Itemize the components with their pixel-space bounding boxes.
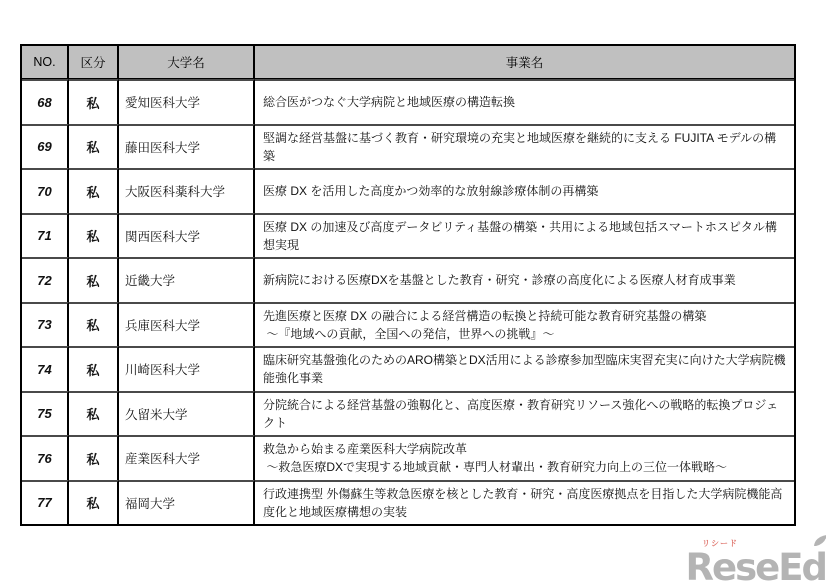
reseed-logo: リシード ReseEd — [665, 536, 826, 582]
header-category: 区分 — [69, 46, 119, 79]
header-project: 事業名 — [255, 46, 794, 79]
cell-no: 72 — [22, 257, 69, 302]
cell-project: 先進医療と医療 DX の融合による経営構造の転換と持続可能な教育研究基盤の構築 … — [255, 302, 794, 347]
cell-category: 私 — [69, 480, 119, 525]
cell-category: 私 — [69, 168, 119, 213]
header-no: NO. — [22, 46, 69, 79]
cell-university: 大阪医科薬科大学 — [119, 168, 255, 213]
leaf-icon — [814, 535, 826, 547]
cell-university: 福岡大学 — [119, 480, 255, 525]
cell-no: 71 — [22, 213, 69, 258]
cell-project: 堅調な経営基盤に基づく教育・研究環境の充実と地域医療を継続的に支える FUJIT… — [255, 124, 794, 169]
cell-university: 兵庫医科大学 — [119, 302, 255, 347]
cell-university: 産業医科大学 — [119, 435, 255, 480]
cell-project: 救急から始まる産業医科大学病院改革 ～救急医療DXで実現する地域貢献・専門人材輩… — [255, 435, 794, 480]
cell-project: 医療 DX の加速及び高度データビリティ基盤の構築・共用による地域包括スマートホ… — [255, 213, 794, 258]
cell-no: 69 — [22, 124, 69, 169]
cell-category: 私 — [69, 346, 119, 391]
cell-category: 私 — [69, 391, 119, 436]
cell-project: 新病院における医療DXを基盤とした教育・研究・診療の高度化による医療人材育成事業 — [255, 257, 794, 302]
cell-university: 藤田医科大学 — [119, 124, 255, 169]
cell-category: 私 — [69, 79, 119, 124]
cell-project: 医療 DX を活用した高度かつ効率的な放射線診療体制の再構築 — [255, 168, 794, 213]
cell-project: 総合医がつなぐ大学病院と地域医療の構造転換 — [255, 79, 794, 124]
cell-no: 75 — [22, 391, 69, 436]
cell-university: 久留米大学 — [119, 391, 255, 436]
cell-project: 臨床研究基盤強化のためのARO構築とDX活用による診療参加型臨床実習充実に向けた… — [255, 346, 794, 391]
university-projects-table: NO. 区分 大学名 事業名 68 私 愛知医科大学 総合医がつなぐ大学病院と地… — [20, 44, 796, 526]
cell-category: 私 — [69, 124, 119, 169]
reseed-logo-text: ReseEd — [686, 546, 826, 582]
cell-no: 70 — [22, 168, 69, 213]
cell-project: 分院統合による経営基盤の強靱化と、高度医療・教育研究リソース強化への戦略的転換プ… — [255, 391, 794, 436]
cell-no: 74 — [22, 346, 69, 391]
cell-category: 私 — [69, 213, 119, 258]
cell-university: 川崎医科大学 — [119, 346, 255, 391]
cell-no: 77 — [22, 480, 69, 525]
cell-no: 76 — [22, 435, 69, 480]
page: NO. 区分 大学名 事業名 68 私 愛知医科大学 総合医がつなぐ大学病院と地… — [0, 0, 826, 582]
cell-no: 73 — [22, 302, 69, 347]
cell-category: 私 — [69, 257, 119, 302]
cell-category: 私 — [69, 302, 119, 347]
cell-project: 行政連携型 外傷蘇生等救急医療を核とした教育・研究・高度医療拠点を目指した大学病… — [255, 480, 794, 525]
cell-no: 68 — [22, 79, 69, 124]
cell-university: 愛知医科大学 — [119, 79, 255, 124]
cell-university: 関西医科大学 — [119, 213, 255, 258]
cell-category: 私 — [69, 435, 119, 480]
cell-university: 近畿大学 — [119, 257, 255, 302]
header-university: 大学名 — [119, 46, 255, 79]
